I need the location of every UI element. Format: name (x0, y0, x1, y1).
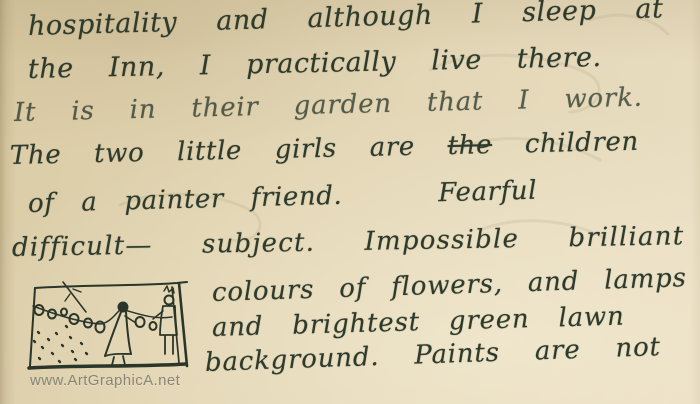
line4-text-after: children (492, 127, 639, 160)
struck-out-word: the (447, 130, 492, 161)
handwriting-line-3: It is in their garden that I work. (14, 83, 643, 128)
handwriting-line-4: The two little girls are the children (10, 127, 639, 171)
garden-lanterns-sketch (26, 279, 198, 375)
line5-text-fearful: Fearful (438, 176, 538, 209)
artgraphica-watermark: www.ArtGraphicA.net (30, 372, 180, 389)
handwriting-line-5: of a painter friend.Fearful (28, 176, 538, 219)
handwriting-line-1: hospitality and although I sleep at (28, 0, 664, 42)
handwriting-line-6: difficult— subject. Impossible brilliant (12, 221, 685, 263)
line4-text: The two little girls are (10, 131, 448, 171)
handwritten-letter-scan: hospitality and although I sleep at the … (0, 0, 700, 404)
line5-text: of a painter friend. (28, 181, 343, 219)
handwriting-line-2: the Inn, I practically live there. (28, 42, 602, 85)
